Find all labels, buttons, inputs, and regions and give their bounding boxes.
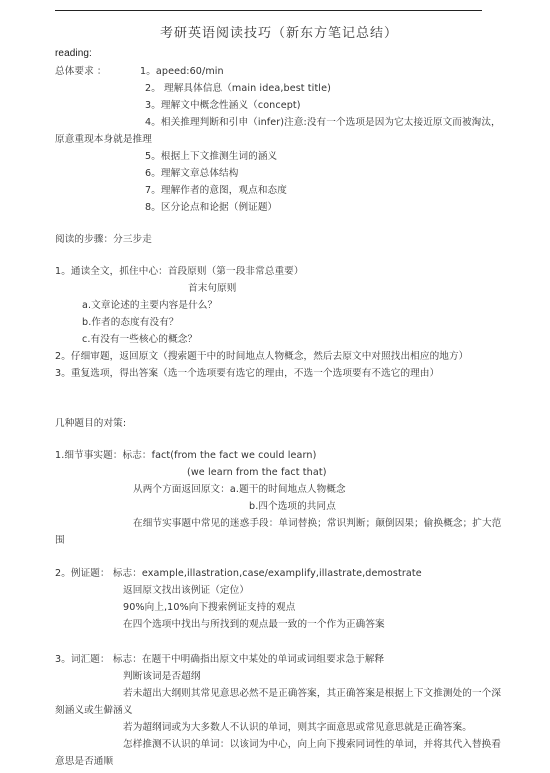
example-line-3: 90%向上,10%向下搜索例证支持的观点 bbox=[123, 602, 295, 614]
vocab-line-5: 若为超纲词或为大多数人不认识的单词，则其字面意思或常见意思就是正确答案。 bbox=[123, 722, 472, 734]
step-1-question-b: b.作者的态度有没有？ bbox=[82, 317, 179, 329]
step-2: 2。仔细审题，返回原文（搜索题干中的时间地点人物概念，然后去原文中对照找出相应的… bbox=[55, 351, 468, 363]
detail-line-5: 在细节实事题中常见的迷惑手段：单词替换；常识判断；颠倒因果；偷换概念；扩大范 bbox=[133, 518, 501, 530]
detail-line-2: (we learn from the fact that) bbox=[187, 467, 327, 479]
detail-line-1: 1.细节事实题：标志：fact(from the fact we could l… bbox=[55, 450, 316, 462]
example-line-4: 在四个选项中找出与所找到的观点最一致的一个作为正确答案 bbox=[123, 619, 385, 631]
example-line-1: 2。例证题： 标志：example,illastration,case/exam… bbox=[55, 568, 422, 580]
overall-item-6: 6。理解文章总体结构 bbox=[145, 168, 238, 180]
overall-item-8: 8。区分论点和论据（例证题） bbox=[145, 202, 277, 214]
vocab-line-7: 意思是否通顺 bbox=[55, 756, 113, 768]
example-line-2: 返回原文找出该例证（定位） bbox=[123, 585, 249, 597]
vocab-line-2: 判断该词是否超纲 bbox=[123, 671, 201, 683]
step-3: 3。重复选项，得出答案（选一个选项要有选它的理由，不选一个选项要有不选它的理由） bbox=[55, 368, 439, 380]
step-1-question-a: a.文章论述的主要内容是什么？ bbox=[82, 300, 217, 312]
overall-label: 总体要求 ： bbox=[55, 66, 107, 78]
overall-item-5: 5。根据上下文推测生词的涵义 bbox=[145, 151, 277, 163]
vocab-line-4: 刻涵义或生僻涵义 bbox=[55, 705, 133, 717]
detail-line-6: 围 bbox=[55, 535, 65, 547]
step-1-question-c: c.有没有一些核心的概念？ bbox=[82, 334, 197, 346]
section-label: reading: bbox=[55, 48, 92, 60]
detail-line-3: 从两个方面返回原文：a.题干的时间地点人物概念 bbox=[133, 484, 346, 496]
overall-item-4-cont: 原意重现本身就是推理 bbox=[55, 134, 152, 146]
detail-line-4: b.四个选项的共同点 bbox=[249, 501, 336, 513]
vocab-line-1: 3。词汇题： 标志：在题干中明确指出原文中某处的单词或词组要求急于解释 bbox=[55, 654, 384, 666]
step-1: 1。通读全文，抓住中心：首段原则（第一段非常总重要） bbox=[55, 266, 304, 278]
vocab-line-3: 若未超出大纲则其常见意思必然不是正确答案，其正确答案是根据上下文推测处的一个深 bbox=[123, 688, 501, 700]
overall-item-7: 7。理解作者的意图，观点和态度 bbox=[145, 185, 287, 197]
steps-heading: 阅读的步骤：分三步走 bbox=[55, 234, 152, 246]
overall-item-1: 1。apeed:60/min bbox=[140, 66, 224, 78]
document-title: 考研英语阅读技巧（新东方笔记总结） bbox=[160, 28, 398, 40]
overall-item-2: 2。 理解具体信息（main idea,best title) bbox=[145, 83, 331, 95]
vocab-line-6: 怎样推测不认识的单词：以该词为中心，向上向下搜索同词性的单词，并将其代入替换看 bbox=[123, 739, 501, 751]
step-1-sub: 首末句原则 bbox=[188, 283, 236, 295]
strategies-heading: 几种题目的对策: bbox=[55, 418, 126, 430]
overall-item-3: 3。理解文中概念性涵义（concept) bbox=[145, 100, 301, 112]
overall-item-4: 4。相关推理判断和引申（infer)注意:没有一个选项是因为它太接近原文而被淘汰… bbox=[145, 117, 501, 129]
top-divider bbox=[55, 10, 482, 11]
